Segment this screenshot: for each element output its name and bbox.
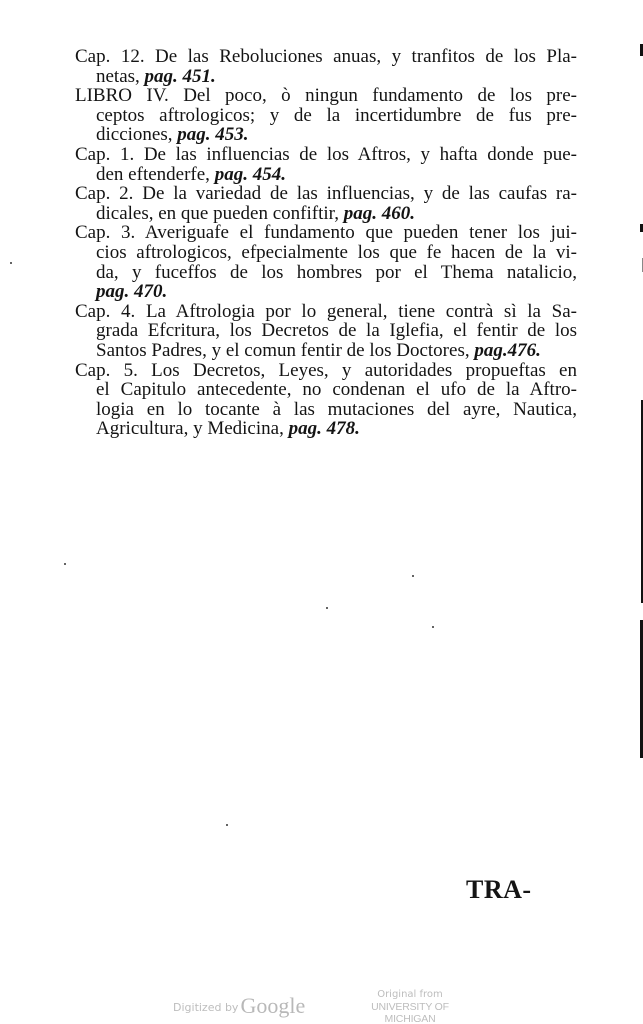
toc-line: netas, pag. 451. xyxy=(75,67,577,87)
toc-line: Cap. 2. De la variedad de las influencia… xyxy=(75,184,577,204)
toc-line: cios aftrologicos, efpecialmente los que… xyxy=(75,243,577,263)
page-ref: pag. 478. xyxy=(289,418,360,439)
toc-entry-cap-1: Cap. 1. De las influencias de los Aftros… xyxy=(75,145,577,184)
table-of-contents: Cap. 12. De las Reboluciones anuas, y tr… xyxy=(75,47,577,439)
scan-speck xyxy=(326,607,328,609)
toc-line: logia en lo tocante à las mutaciones del… xyxy=(75,400,577,420)
scan-speck xyxy=(64,563,66,565)
book-page: Cap. 12. De las Reboluciones anuas, y tr… xyxy=(0,0,643,1024)
page-ref: pag. 470. xyxy=(96,281,167,302)
page-ref: pag.476. xyxy=(474,340,541,361)
toc-line: Santos Padres, y el comun fentir de los … xyxy=(75,341,577,361)
toc-entry-cap-2: Cap. 2. De la variedad de las influencia… xyxy=(75,184,577,223)
page-ref: pag. 453. xyxy=(177,124,248,145)
toc-line: dicciones, pag. 453. xyxy=(75,125,577,145)
scan-speck xyxy=(10,262,12,264)
toc-line: LIBRO IV. Del poco, ò ningun fundamento … xyxy=(75,86,577,106)
page-ref: pag. 451. xyxy=(145,66,216,87)
toc-line: Agricultura, y Medicina, pag. 478. xyxy=(75,419,577,439)
toc-line: dicales, en que pueden confiftir, pag. 4… xyxy=(75,204,577,224)
toc-entry-libro-iv: LIBRO IV. Del poco, ò ningun fundamento … xyxy=(75,86,577,145)
digitized-by-google: Digitized byGoogle xyxy=(173,993,305,1019)
toc-line: el Capitulo antecedente, no condenan el … xyxy=(75,380,577,400)
toc-line: Cap. 5. Los Decretos, Leyes, y autoridad… xyxy=(75,361,577,381)
toc-line: Cap. 3. Averiguafe el fundamento que pue… xyxy=(75,223,577,243)
toc-line: Cap. 1. De las influencias de los Aftros… xyxy=(75,145,577,165)
scan-speck xyxy=(226,824,228,826)
page-ref: pag. 460. xyxy=(344,203,415,224)
scan-speck xyxy=(412,575,414,577)
institution-name: UNIVERSITY OF MICHIGAN xyxy=(350,1001,470,1024)
toc-entry-cap-5: Cap. 5. Los Decretos, Leyes, y autoridad… xyxy=(75,361,577,439)
toc-entry-cap-12: Cap. 12. De las Reboluciones anuas, y tr… xyxy=(75,47,577,86)
digitization-footer: Digitized byGoogle Original from UNIVERS… xyxy=(0,985,643,1021)
google-logo: Google xyxy=(240,993,305,1018)
catchword: TRA- xyxy=(466,875,532,905)
toc-entry-cap-3: Cap. 3. Averiguafe el fundamento que pue… xyxy=(75,223,577,301)
original-source: Original from UNIVERSITY OF MICHIGAN xyxy=(350,989,470,1024)
toc-line: ceptos aftrologicos; y de la incertidumb… xyxy=(75,106,577,126)
scan-speck xyxy=(432,626,434,628)
page-ref: pag. 454. xyxy=(215,164,286,185)
toc-line: den eftenderfe, pag. 454. xyxy=(75,165,577,185)
toc-line: da, y fuceffos de los hombres por el The… xyxy=(75,263,577,283)
toc-line: Cap. 12. De las Reboluciones anuas, y tr… xyxy=(75,47,577,67)
toc-entry-cap-4: Cap. 4. La Aftrologia por lo general, ti… xyxy=(75,302,577,361)
toc-line: grada Efcritura, los Decretos de la Igle… xyxy=(75,321,577,341)
toc-line: pag. 470. xyxy=(75,282,577,302)
toc-line: Cap. 4. La Aftrologia por lo general, ti… xyxy=(75,302,577,322)
